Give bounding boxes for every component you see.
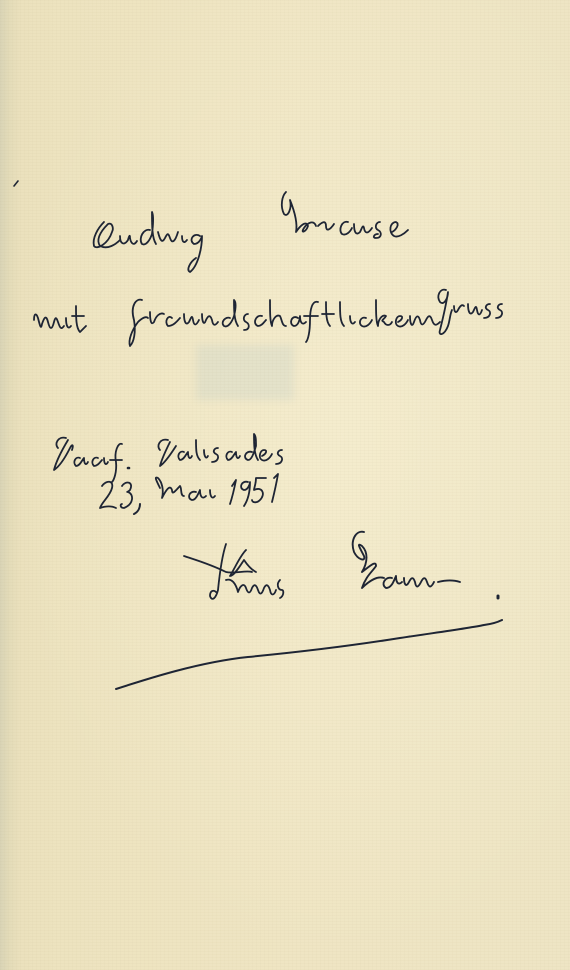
dedication-page: Ludwig Marcuse mit freundschaftlichem Gr… bbox=[0, 0, 570, 970]
handwritten-word-ludwig bbox=[94, 212, 202, 272]
signature-first-name-thomas bbox=[184, 544, 283, 599]
handwritten-word-freundschaftlichem bbox=[129, 300, 440, 346]
handwritten-word-mit bbox=[34, 306, 86, 332]
stray-ink-mark bbox=[14, 181, 18, 186]
handwritten-date-day bbox=[100, 482, 140, 514]
handwriting-ink-layer bbox=[0, 0, 570, 970]
signature-underline-flourish bbox=[116, 620, 502, 689]
handwritten-word-pacif bbox=[54, 438, 129, 482]
handwritten-date-month bbox=[156, 477, 215, 500]
handwritten-word-marcuse bbox=[282, 192, 408, 238]
handwritten-word-gruss bbox=[438, 290, 502, 334]
handwritten-date-year bbox=[230, 474, 278, 506]
signature-last-name-mann bbox=[353, 532, 498, 598]
handwritten-word-palisades bbox=[158, 434, 282, 466]
